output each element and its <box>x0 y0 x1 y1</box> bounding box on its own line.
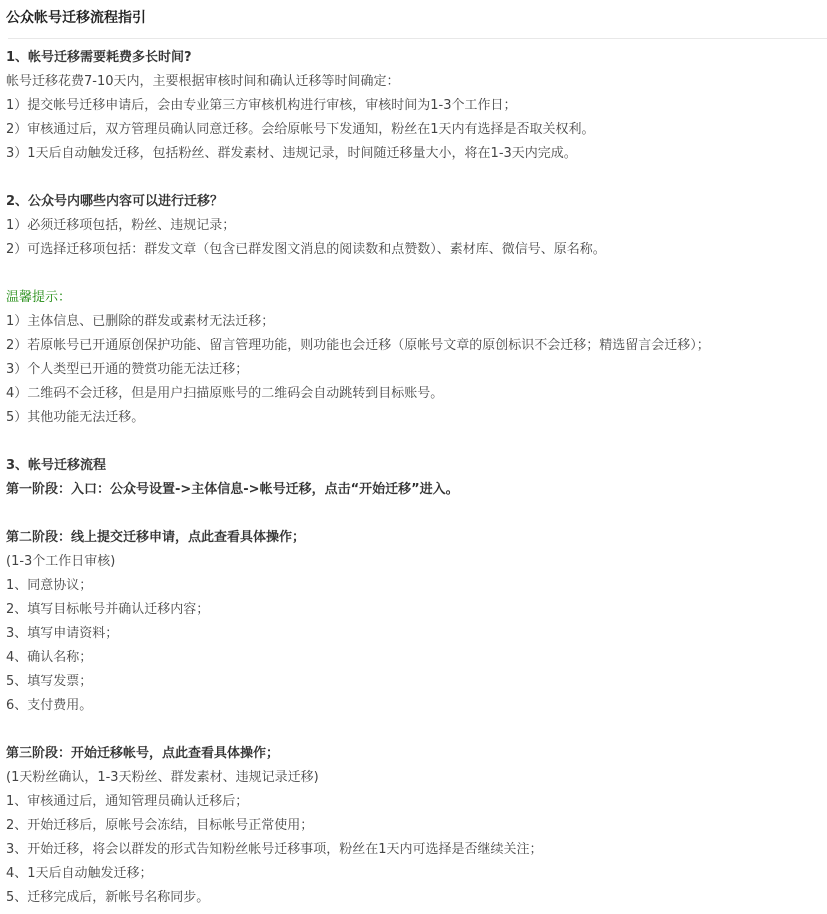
stage3-step: 4、1天后自动触发迁移； <box>6 862 827 886</box>
stage3-step: 1、审核通过后，通知管理员确认迁移后； <box>6 790 827 814</box>
spacer <box>6 430 827 454</box>
page-title: 公众帐号迁移流程指引 <box>6 0 827 38</box>
tips-item: 3）个人类型已开通的赞赏功能无法迁移； <box>6 358 827 382</box>
section1-heading: 1、帐号迁移需要耗费多长时间? <box>6 46 827 70</box>
tips-item: 4）二维码不会迁移，但是用户扫描原账号的二维码会自动跳转到目标账号。 <box>6 382 827 406</box>
spacer <box>6 502 827 526</box>
stage2-step: 1、同意协议； <box>6 574 827 598</box>
stage3-step: 2、开始迁移后，原帐号会冻结，目标帐号正常使用； <box>6 814 827 838</box>
stage3-heading[interactable]: 第三阶段：开始迁移帐号，点此查看具体操作； <box>6 742 827 766</box>
section3-heading: 3、帐号迁移流程 <box>6 454 827 478</box>
stage3-note: (1天粉丝确认，1-3天粉丝、群发素材、违规记录迁移) <box>6 766 827 790</box>
stage2-step: 3、填写申请资料； <box>6 622 827 646</box>
section1-intro: 帐号迁移花费7-10天内，主要根据审核时间和确认迁移等时间确定： <box>6 70 827 94</box>
stage2-heading[interactable]: 第二阶段：线上提交迁移申请，点此查看具体操作； <box>6 526 827 550</box>
spacer <box>6 262 827 286</box>
spacer <box>6 166 827 190</box>
stage1-text: 第一阶段：入口：公众号设置->主体信息->帐号迁移，点击“开始迁移”进入。 <box>6 478 827 502</box>
article-body: 1、帐号迁移需要耗费多长时间? 帐号迁移花费7-10天内，主要根据审核时间和确认… <box>6 39 827 910</box>
tips-item: 2）若原帐号已开通原创保护功能、留言管理功能，则功能也会迁移（原帐号文章的原创标… <box>6 334 827 358</box>
stage2-step: 5、填写发票； <box>6 670 827 694</box>
stage2-step: 2、填写目标帐号并确认迁移内容； <box>6 598 827 622</box>
section1-item: 1）提交帐号迁移申请后，会由专业第三方审核机构进行审核，审核时间为1-3个工作日… <box>6 94 827 118</box>
section1-item: 2）审核通过后，双方管理员确认同意迁移。会给原帐号下发通知，粉丝在1天内有选择是… <box>6 118 827 142</box>
tips-item: 1）主体信息、已删除的群发或素材无法迁移； <box>6 310 827 334</box>
stage2-note: (1-3个工作日审核) <box>6 550 827 574</box>
stage3-step: 5、迁移完成后，新帐号名称同步。 <box>6 886 827 910</box>
section2-heading: 2、公众号内哪些内容可以进行迁移？ <box>6 190 827 214</box>
article: 公众帐号迁移流程指引 1、帐号迁移需要耗费多长时间? 帐号迁移花费7-10天内，… <box>0 0 827 910</box>
section2-item: 1）必须迁移项包括，粉丝、违规记录； <box>6 214 827 238</box>
tips-heading: 温馨提示： <box>6 286 827 310</box>
section1-item: 3）1天后自动触发迁移，包括粉丝、群发素材、违规记录，时间随迁移量大小，将在1-… <box>6 142 827 166</box>
section2-item: 2）可选择迁移项包括：群发文章（包含已群发图文消息的阅读数和点赞数）、素材库、微… <box>6 238 827 262</box>
tips-item: 5）其他功能无法迁移。 <box>6 406 827 430</box>
stage3-step: 3、开始迁移，将会以群发的形式告知粉丝帐号迁移事项，粉丝在1天内可选择是否继续关… <box>6 838 827 862</box>
stage2-step: 6、支付费用。 <box>6 694 827 718</box>
spacer <box>6 718 827 742</box>
stage2-step: 4、确认名称； <box>6 646 827 670</box>
